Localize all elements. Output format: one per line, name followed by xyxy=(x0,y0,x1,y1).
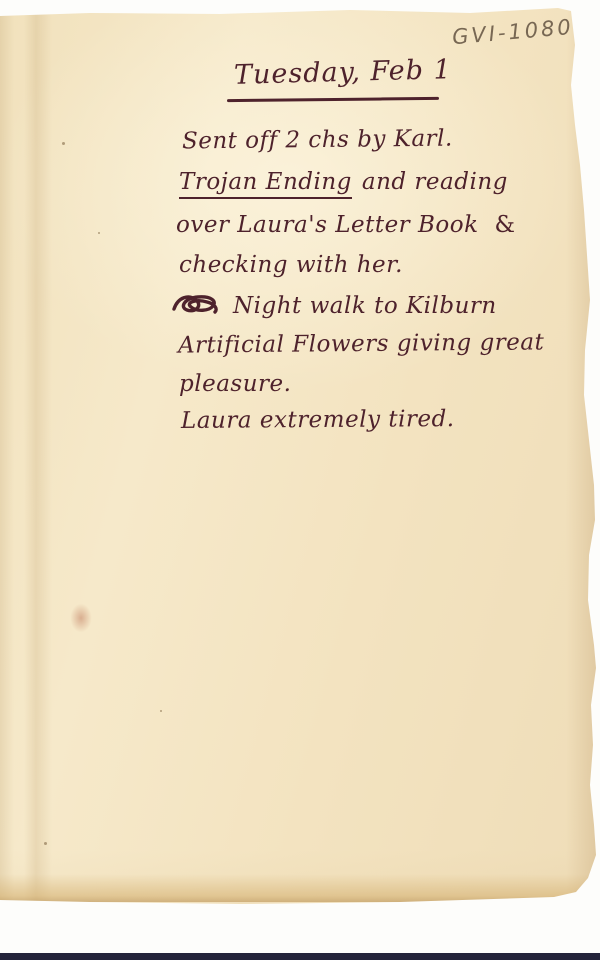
paper-stain xyxy=(66,598,96,638)
entry-line-3: over Laura's Letter Book& xyxy=(176,212,516,238)
entry-date-title: Tuesday, Feb 1 xyxy=(234,54,452,91)
paper-sheet: GVI-1080 Tuesday, Feb 1 Sent off 2 chs b… xyxy=(0,0,600,910)
paper-speck xyxy=(98,232,100,234)
scanned-diary-page: GVI-1080 Tuesday, Feb 1 Sent off 2 chs b… xyxy=(0,0,600,960)
entry-line-2: Trojan Endingand reading xyxy=(179,169,508,195)
paper-speck xyxy=(44,842,47,845)
underlined-book-title: Trojan Ending xyxy=(179,169,352,199)
entry-line-2-rest: and reading xyxy=(362,169,508,195)
entry-line-7: pleasure. xyxy=(179,371,291,397)
scan-bottom-strip xyxy=(0,953,600,960)
entry-line-3-main: over Laura's Letter Book xyxy=(176,212,479,238)
entry-line-5-text: Night walk to Kilburn xyxy=(233,293,497,319)
entry-line-1: Sent off 2 chs by Karl. xyxy=(182,126,453,155)
entry-line-6: Artificial Flowers giving great xyxy=(178,329,545,358)
paper-speck xyxy=(62,142,65,145)
entry-line-8: Laura extremely tired. xyxy=(181,406,455,434)
entry-line-5: Night walk to Kilburn xyxy=(171,291,497,323)
paper-speck xyxy=(160,710,162,712)
entry-line-4: checking with her. xyxy=(179,252,403,278)
ampersand-glyph: & xyxy=(495,212,516,238)
scribbled-out-word-icon xyxy=(171,291,223,323)
paper-bottom-edge-shadow xyxy=(0,874,600,902)
